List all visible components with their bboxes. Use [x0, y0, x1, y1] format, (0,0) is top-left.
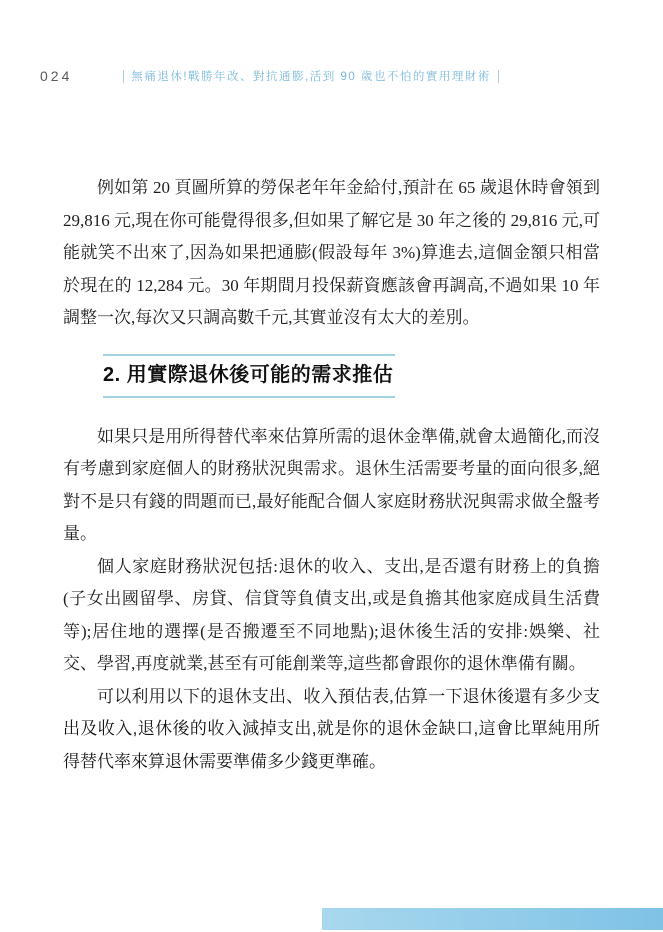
paragraph-family-finances: 個人家庭財務狀況包括:退休的收入、支出,是否還有財務上的負擔(子女出國留學、房貸… [63, 551, 600, 681]
paragraph-replacement-rate: 如果只是用所得替代率來估算所需的退休金準備,就會太過簡化,而沒有考慮到家庭個人的… [63, 421, 600, 551]
paragraph-estimate-table-lead: 可以利用以下的退休支出、收入預估表,估算一下退休後還有多少 [97, 687, 583, 706]
running-title-text: 無痛退休!戰勝年改、對抗通膨,活到 90 歲也不怕的實用理財術 [131, 68, 491, 84]
page-number: 024 [40, 68, 72, 84]
page-edge-band [322, 908, 663, 930]
title-right-bar [498, 70, 499, 83]
book-page: 024 無痛退休!戰勝年改、對抗通膨,活到 90 歲也不怕的實用理財術 例如第 … [0, 0, 663, 932]
paragraph-pension-example: 例如第 20 頁圖所算的勞保老年年金給付,預計在 65 歲退休時會領到 29,8… [63, 172, 600, 335]
section-heading-row: 2. 用實際退休後可能的需求推估 [63, 335, 600, 421]
running-title: 無痛退休!戰勝年改、對抗通膨,活到 90 歲也不怕的實用理財術 [116, 68, 506, 84]
page-content: 例如第 20 頁圖所算的勞保老年年金給付,預計在 65 歲退休時會領到 29,8… [63, 172, 600, 778]
section-heading: 2. 用實際退休後可能的需求推估 [103, 363, 393, 388]
page-header: 024 無痛退休!戰勝年改、對抗通膨,活到 90 歲也不怕的實用理財術 [0, 0, 663, 84]
title-left-bar [123, 70, 124, 83]
paragraph-estimate-table: 可以利用以下的退休支出、收入預估表,估算一下退休後還有多少支出及收入,退休後的收… [63, 681, 600, 779]
section-heading-block: 2. 用實際退休後可能的需求推估 [103, 354, 395, 398]
